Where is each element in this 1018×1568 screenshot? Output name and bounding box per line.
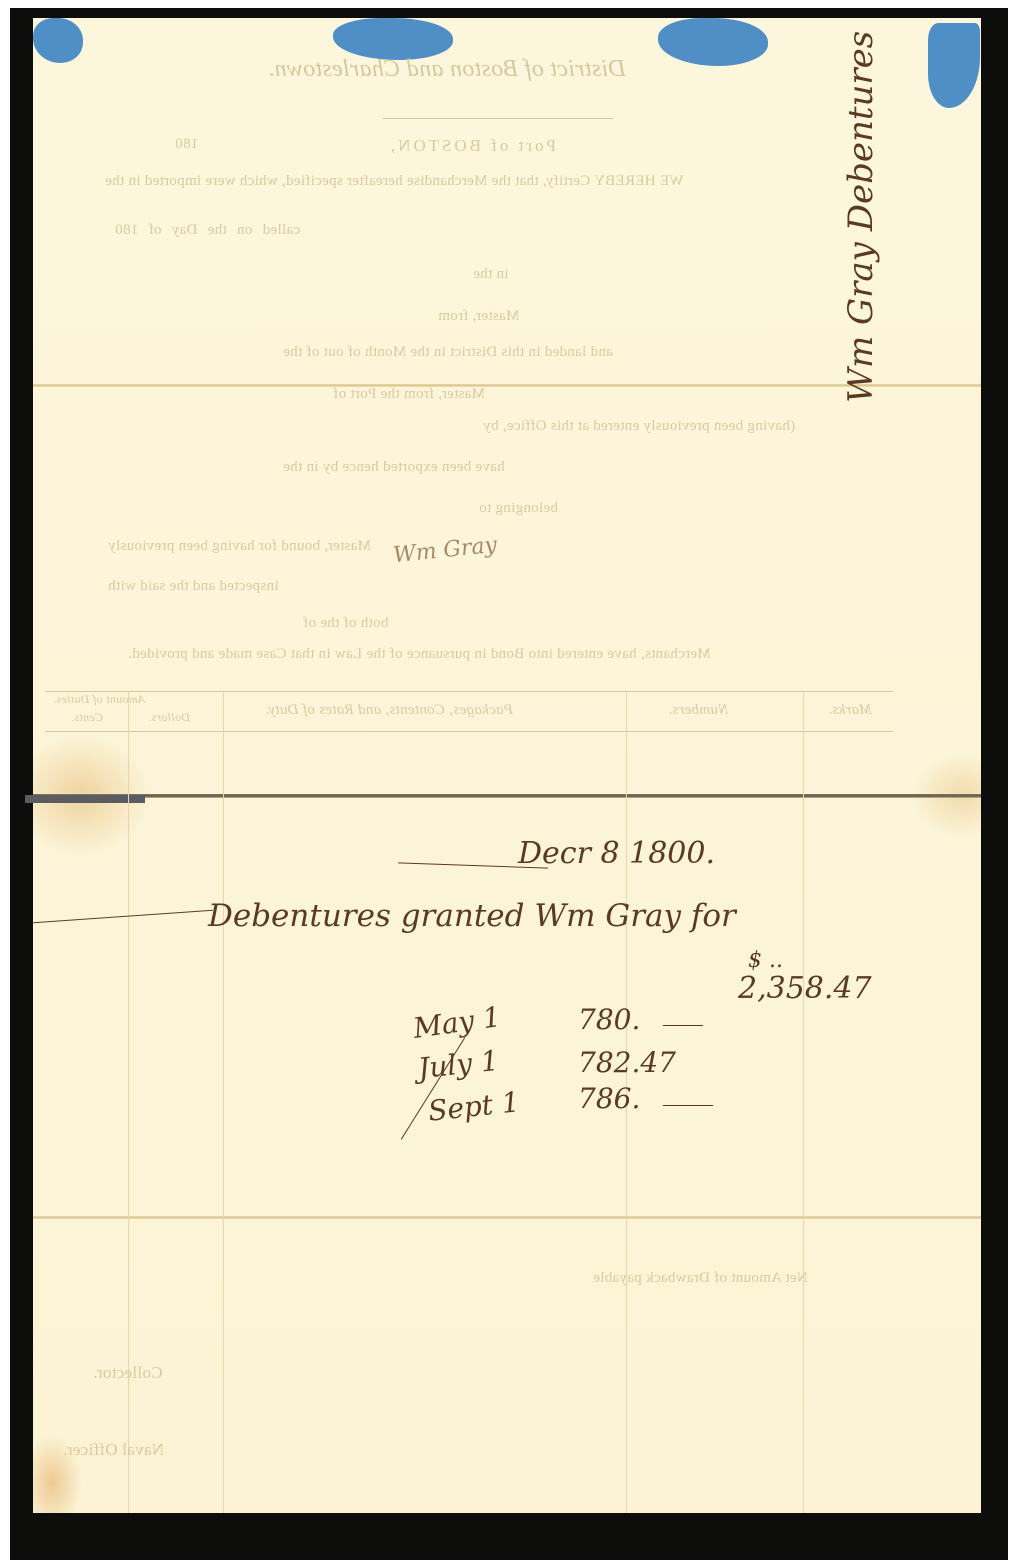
table-top-rule	[45, 691, 893, 692]
signature-center: Wm Gray	[392, 533, 498, 569]
fold-line-lower	[33, 1216, 981, 1219]
vertical-endorsement: Wm Gray Debentures	[841, 31, 881, 403]
port-line: Port of BOSTON,	[388, 136, 556, 156]
form-line-3: in the	[473, 266, 509, 283]
installment-1-dash	[663, 1025, 703, 1026]
handwritten-total: 2,358.47	[738, 971, 872, 1006]
table-header-rule	[45, 731, 893, 732]
collector-label: Collector.	[93, 1363, 163, 1383]
form-line-10: Master, bound for having been previously	[108, 538, 371, 555]
form-line-1: WE HEREBY Certify, that the Merchandise …	[105, 173, 684, 190]
handwritten-line-1: Debentures granted Wm Gray for	[208, 898, 736, 934]
installment-3-dash	[663, 1105, 713, 1106]
blue-blot-1	[33, 18, 83, 63]
title-rule	[383, 118, 613, 119]
installment-3-label: Sept 1	[427, 1085, 522, 1127]
header-cents: Cents.	[71, 710, 103, 725]
naval-officer-label: Naval Officer.	[63, 1440, 164, 1460]
net-amount-label: Net Amount of Drawback payable	[593, 1270, 808, 1287]
form-line-13: Merchants, have entered into Bond in pur…	[128, 646, 711, 663]
document-sheet: District of Boston and Charlestown. Port…	[33, 18, 981, 1513]
form-line-8: have been exported hence by in the	[283, 459, 505, 476]
table-col-divider-4	[803, 691, 804, 1513]
header-numbers: Numbers.	[668, 702, 728, 719]
handwritten-date: Decr 8 1800.	[518, 836, 715, 871]
currency-mark: $ ..	[748, 948, 783, 973]
form-line-7: (having been previously entered at this …	[483, 418, 795, 435]
blue-blot-4	[928, 23, 980, 108]
table-col-divider-1	[128, 691, 129, 1513]
installment-2-amount: 782.47	[578, 1046, 676, 1079]
form-line-12: both of the of	[303, 615, 388, 632]
header-marks: Marks.	[828, 702, 872, 719]
installment-2-label: July 1	[416, 1044, 500, 1085]
form-line-9: belonging to	[479, 500, 558, 517]
installment-1-label: May 1	[411, 1000, 503, 1045]
year-prefix: 180	[175, 136, 198, 153]
form-line-6: Master, from the Port of	[333, 386, 485, 403]
blue-blot-2	[333, 18, 453, 60]
form-title: District of Boston and Charlestown.	[268, 56, 626, 83]
header-packages: Packages, Contents, and Rates of Duty.	[265, 702, 513, 719]
blue-blot-3	[658, 18, 768, 66]
installment-1-amount: 780.	[578, 1003, 640, 1036]
form-line-5: and landed in this District in the Month…	[283, 344, 613, 361]
line1-flourish	[33, 910, 213, 924]
table-col-divider-2	[223, 691, 224, 1513]
form-line-11: inspected and the said with	[108, 578, 279, 595]
form-line-4: Master, from	[438, 308, 519, 325]
fold-line-middle	[33, 794, 981, 798]
installment-3-amount: 786.	[578, 1082, 640, 1115]
fold-line-upper	[33, 384, 981, 387]
header-dollars: Dollars.	[148, 710, 190, 725]
header-amount: Amount of Duties.	[53, 692, 145, 707]
form-line-2: called on the Day of 180	[115, 222, 300, 239]
paper-tear	[25, 795, 145, 803]
